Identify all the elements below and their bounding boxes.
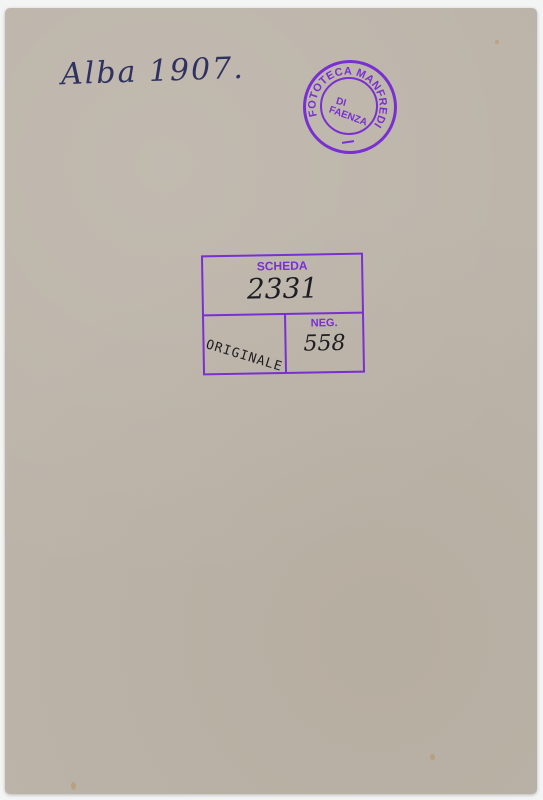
neg-label: NEG. — [286, 317, 362, 330]
stain-spot — [495, 40, 499, 44]
scheda-record-stamp: SCHEDA 2331 ORIGINALE NEG. 558 — [201, 253, 365, 376]
photo-card-verso: Alba 1907. FOTOTECA MANFREDIANA DI FAENZ… — [5, 8, 537, 794]
scheda-number: 2331 — [203, 271, 362, 307]
stamp-inner-ring — [320, 77, 378, 135]
stain-spot — [430, 754, 435, 760]
handwritten-caption: Alba 1907. — [60, 51, 245, 92]
fototeca-circular-stamp: FOTOTECA MANFREDIANA DI FAENZA — [303, 60, 397, 154]
stain-spot — [71, 782, 76, 790]
neg-number: 558 — [286, 331, 362, 357]
originale-note: ORIGINALE — [204, 337, 284, 375]
